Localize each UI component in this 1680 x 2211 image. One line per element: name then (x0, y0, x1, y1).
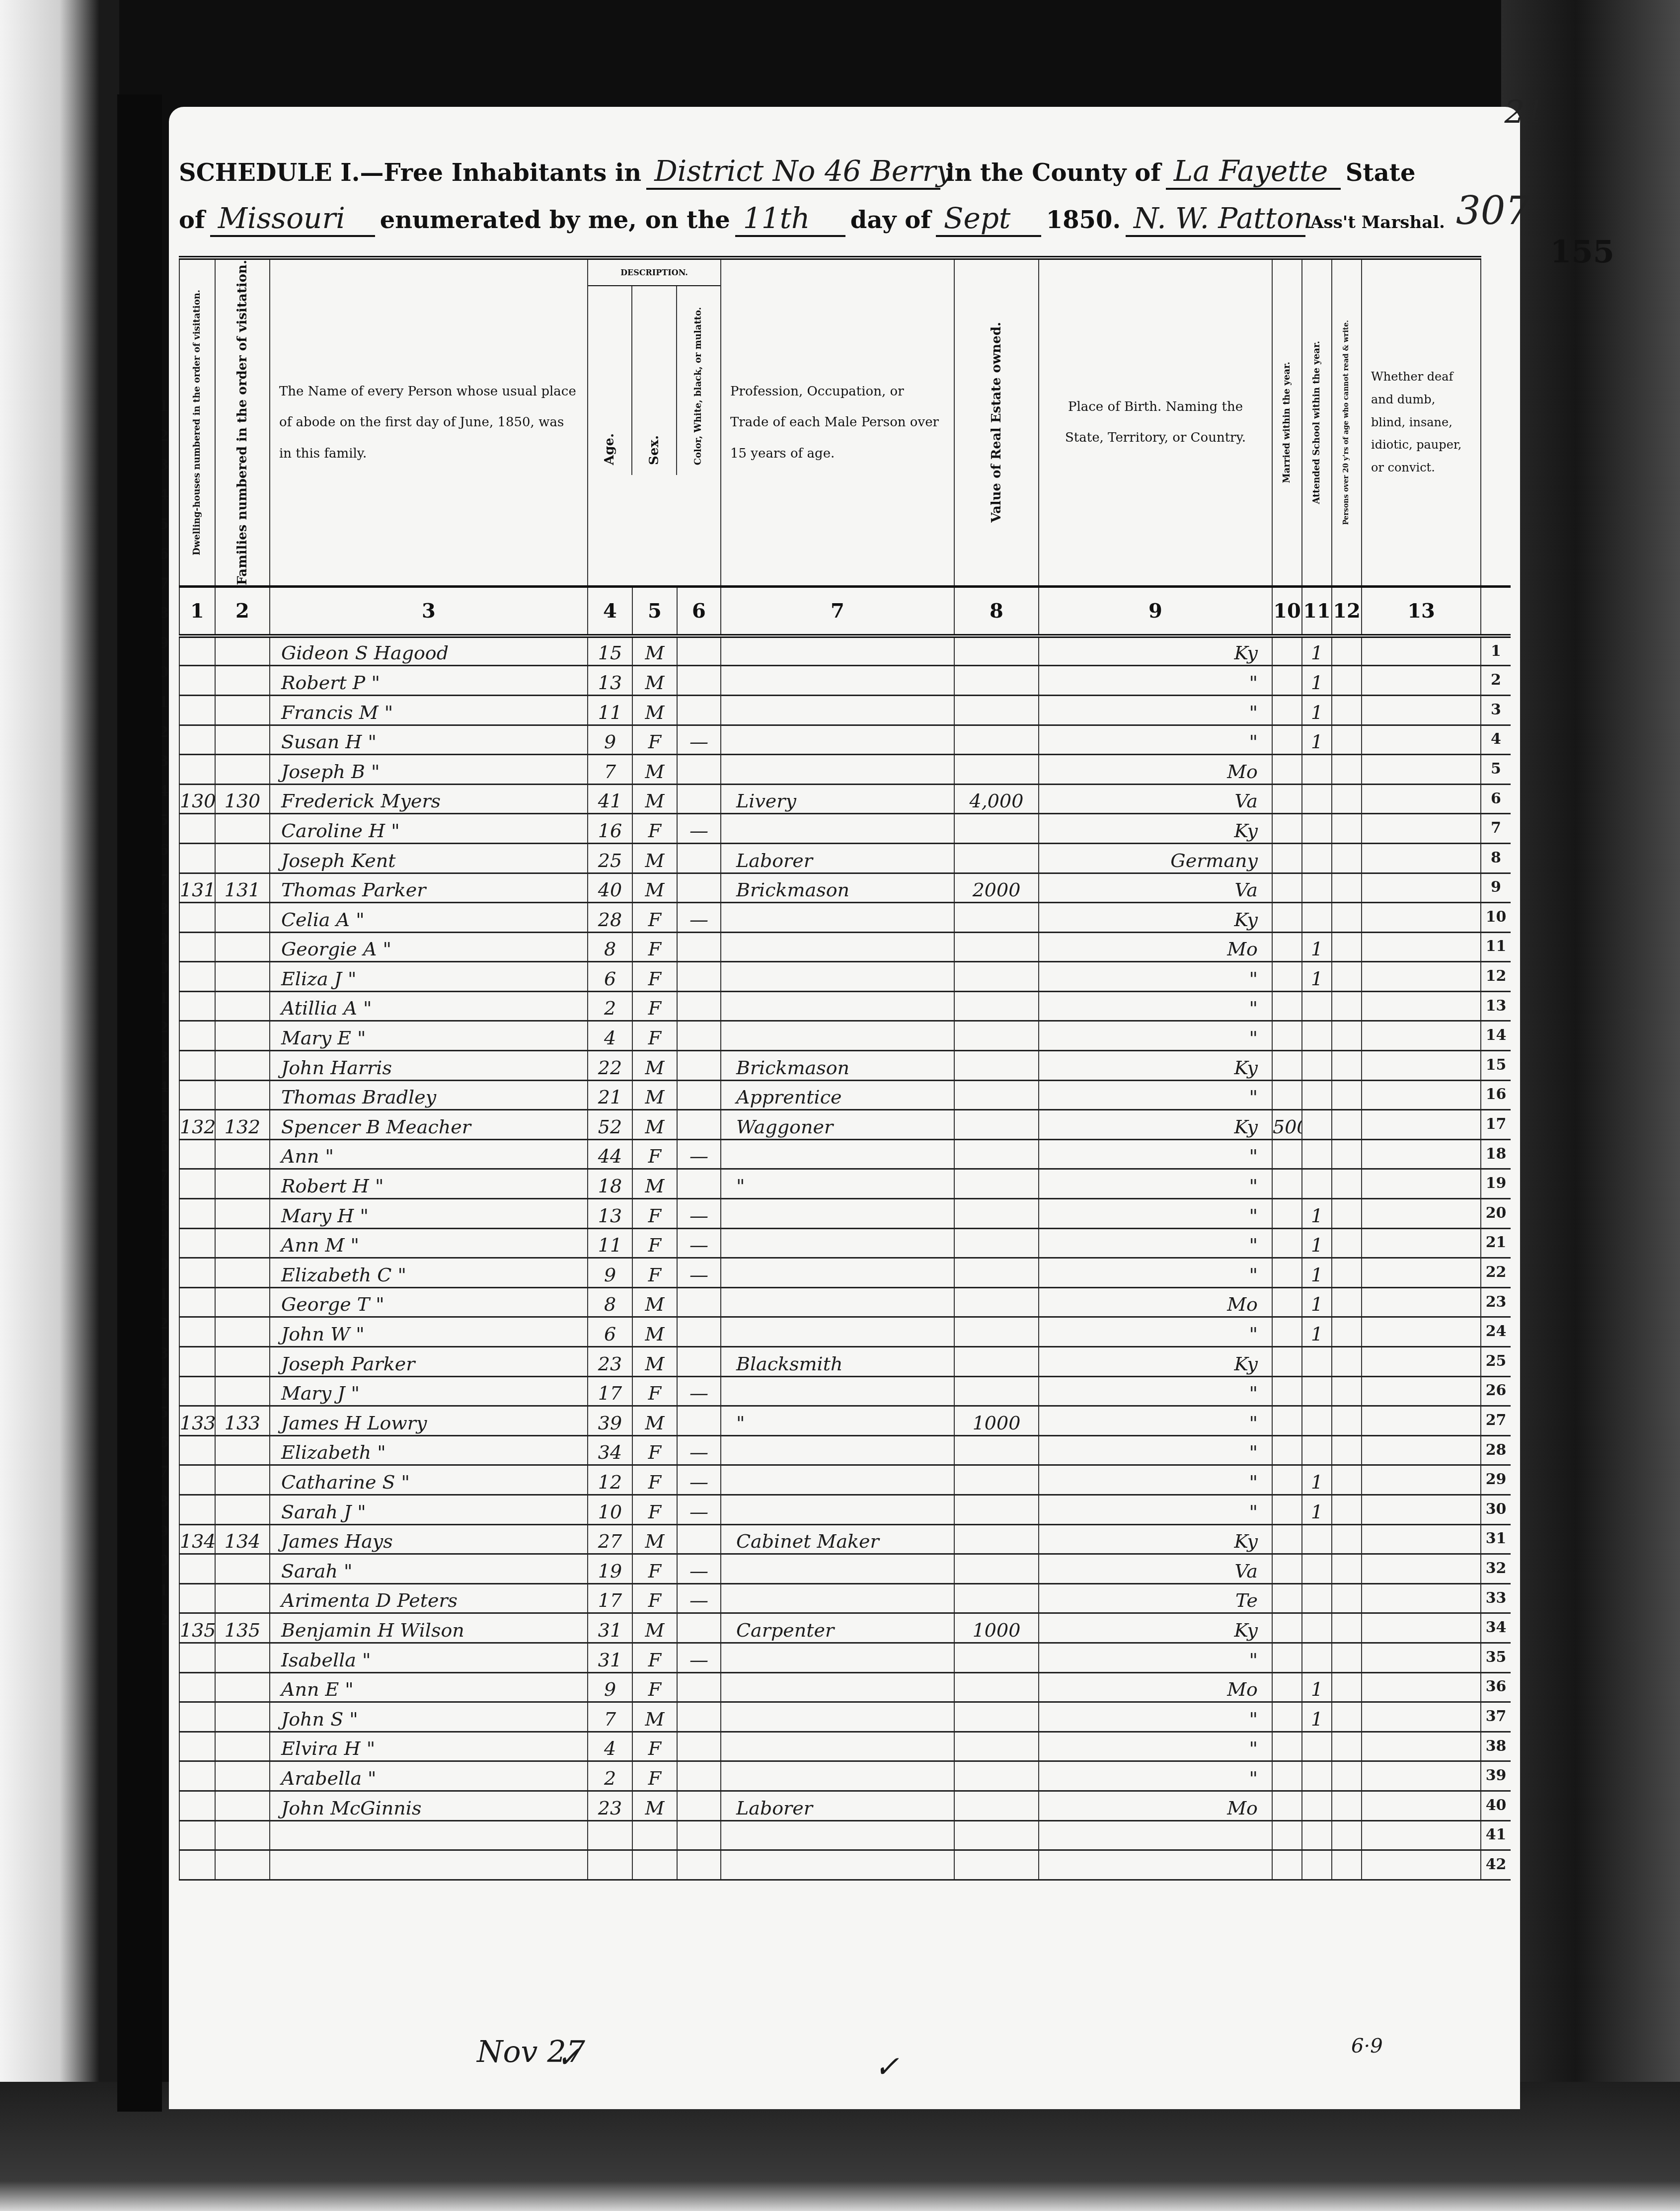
person-name: Gideon S Hagood (270, 636, 588, 666)
sex (632, 1820, 677, 1850)
dwelling-number (179, 932, 215, 962)
line-number: 22 (1481, 1258, 1511, 1288)
colnum-11: 11 (1302, 586, 1332, 636)
sex: F (632, 1554, 677, 1584)
age: 8 (588, 1287, 632, 1317)
real-estate-value (954, 814, 1039, 844)
remarks (1362, 1643, 1481, 1672)
header-married: Married within the year. (1272, 258, 1302, 586)
dwelling-number (179, 1702, 215, 1732)
remarks (1362, 1613, 1481, 1643)
sex (632, 1850, 677, 1880)
line-number: 32 (1481, 1554, 1511, 1584)
dwelling-number (179, 725, 215, 755)
occupation (721, 1139, 954, 1169)
color: — (677, 1465, 721, 1495)
table-row: Ann "44F—"18 (179, 1139, 1511, 1169)
attended-school (1302, 1376, 1332, 1406)
line-number: 25 (1481, 1347, 1511, 1377)
occupation (721, 1021, 954, 1051)
colnum-1: 1 (179, 586, 215, 636)
table-row: Robert H "18M""19 (179, 1169, 1511, 1199)
age: 28 (588, 903, 632, 933)
footer-annotations: Nov 27 ✓ ✓ 6·9 (467, 2035, 1510, 2109)
occupation: " (721, 1406, 954, 1436)
attended-school: 1 (1302, 1287, 1332, 1317)
age: 4 (588, 1021, 632, 1051)
family-number (215, 932, 270, 962)
married-within-year (1272, 991, 1302, 1021)
cannot-read-write (1332, 1791, 1362, 1820)
line-number: 39 (1481, 1761, 1511, 1791)
sex: F (632, 814, 677, 844)
married-within-year (1272, 1406, 1302, 1436)
person-name: Celia A " (270, 903, 588, 933)
attended-school (1302, 1169, 1332, 1199)
sex: F (632, 1228, 677, 1258)
table-row: 131131Thomas Parker40MBrickmason2000Va9 (179, 873, 1511, 903)
family-number: 134 (215, 1524, 270, 1554)
family-number (215, 1021, 270, 1051)
person-name: James Hays (270, 1524, 588, 1554)
sex: F (632, 1643, 677, 1672)
age: 23 (588, 1791, 632, 1820)
header-remarks: Whether deaf and dumb, blind, insane, id… (1362, 258, 1481, 586)
age: 17 (588, 1376, 632, 1406)
married-within-year (1272, 1495, 1302, 1524)
occupation (721, 1228, 954, 1258)
line-number: 6 (1481, 784, 1511, 814)
colnum-4: 4 (588, 586, 632, 636)
color (677, 1169, 721, 1199)
dwelling-number (179, 1021, 215, 1051)
header-age: Age. (603, 433, 617, 465)
real-estate-value (954, 1287, 1039, 1317)
line-number: 16 (1481, 1080, 1511, 1110)
family-number (215, 843, 270, 873)
birthplace: " (1039, 1495, 1272, 1524)
table-row: Ann E "9FMo136 (179, 1672, 1511, 1702)
sex: M (632, 1347, 677, 1377)
occupation (721, 903, 954, 933)
person-name: Catharine S " (270, 1465, 588, 1495)
remarks (1362, 843, 1481, 873)
attended-school: 1 (1302, 962, 1332, 992)
color (677, 843, 721, 873)
scan-margin-left (0, 0, 119, 2211)
birthplace: Mo (1039, 1791, 1272, 1820)
married-within-year (1272, 1228, 1302, 1258)
header-illiterate: Persons over 20 y'rs of age who cannot r… (1332, 258, 1362, 586)
real-estate-value (954, 1761, 1039, 1791)
age: 12 (588, 1465, 632, 1495)
remarks (1362, 1791, 1481, 1820)
dwelling-number (179, 814, 215, 844)
colnum-9: 9 (1039, 586, 1272, 636)
description-group-label: DESCRIPTION. (588, 260, 720, 286)
stamped-page-number: 155 (1550, 234, 1614, 270)
remarks (1362, 903, 1481, 933)
occupation: Apprentice (721, 1080, 954, 1110)
person-name: Joseph Kent (270, 843, 588, 873)
table-row: Georgie A "8FMo111 (179, 932, 1511, 962)
dwelling-number (179, 903, 215, 933)
dwelling-number (179, 1347, 215, 1377)
dwelling-number (179, 695, 215, 725)
column-numbers: 1 2 3 4 5 6 7 8 9 10 11 12 13 (179, 586, 1511, 636)
colnum-6: 6 (677, 586, 721, 636)
cannot-read-write (1332, 1317, 1362, 1347)
person-name: Mary J " (270, 1376, 588, 1406)
married-within-year (1272, 843, 1302, 873)
married-within-year (1272, 636, 1302, 666)
family-number (215, 1643, 270, 1672)
line-number: 33 (1481, 1583, 1511, 1613)
cannot-read-write (1332, 1347, 1362, 1377)
birthplace: " (1039, 1021, 1272, 1051)
dwelling-number (179, 1080, 215, 1110)
real-estate-value (954, 636, 1039, 666)
dwelling-number (179, 1376, 215, 1406)
sex: F (632, 991, 677, 1021)
occupation (721, 1287, 954, 1317)
line-number: 20 (1481, 1199, 1511, 1229)
occupation (721, 1495, 954, 1524)
birthplace: " (1039, 1199, 1272, 1229)
birthplace: Ky (1039, 1524, 1272, 1554)
married-within-year (1272, 1139, 1302, 1169)
sex: F (632, 1672, 677, 1702)
person-name: Robert P " (270, 666, 588, 696)
table-row: Joseph Kent25MLaborerGermany8 (179, 843, 1511, 873)
sex: M (632, 843, 677, 873)
birthplace: " (1039, 1228, 1272, 1258)
family-number (215, 1228, 270, 1258)
remarks (1362, 1435, 1481, 1465)
age: 11 (588, 1228, 632, 1258)
line-number: 19 (1481, 1169, 1511, 1199)
occupation (721, 1465, 954, 1495)
birthplace: " (1039, 1435, 1272, 1465)
attended-school: 1 (1302, 1199, 1332, 1229)
line-number: 11 (1481, 932, 1511, 962)
married-within-year (1272, 1761, 1302, 1791)
attended-school (1302, 814, 1332, 844)
dwelling-number (179, 1495, 215, 1524)
age: 52 (588, 1110, 632, 1140)
line-number: 41 (1481, 1820, 1511, 1850)
age: 34 (588, 1435, 632, 1465)
age: 31 (588, 1643, 632, 1672)
table-row: Eliza J "6F"112 (179, 962, 1511, 992)
attended-school: 1 (1302, 1495, 1332, 1524)
state-label: State (1346, 159, 1416, 187)
color (677, 1021, 721, 1051)
table-row: George T "8MMo123 (179, 1287, 1511, 1317)
married-within-year (1272, 1347, 1302, 1377)
sex: F (632, 1761, 677, 1791)
census-rows: Gideon S Hagood15MKy11Robert P "13M"12Fr… (179, 636, 1511, 1880)
real-estate-value (954, 1139, 1039, 1169)
age: 7 (588, 1702, 632, 1732)
person-name: Thomas Parker (270, 873, 588, 903)
sex: M (632, 1524, 677, 1554)
color (677, 666, 721, 696)
family-number (215, 725, 270, 755)
table-row: John W "6M"124 (179, 1317, 1511, 1347)
remarks (1362, 1850, 1481, 1880)
birthplace (1039, 1850, 1272, 1880)
married-within-year (1272, 1613, 1302, 1643)
cannot-read-write (1332, 1199, 1362, 1229)
age: 13 (588, 666, 632, 696)
real-estate-value (954, 1347, 1039, 1377)
person-name: Francis M " (270, 695, 588, 725)
age: 13 (588, 1199, 632, 1229)
dwelling-number: 133 (179, 1406, 215, 1436)
line-number: 38 (1481, 1732, 1511, 1761)
schedule-title-line-2: ofMissourienumerated by me, on the11thda… (174, 201, 1515, 241)
sex: F (632, 932, 677, 962)
age: 25 (588, 843, 632, 873)
color (677, 1347, 721, 1377)
occupation: Blacksmith (721, 1347, 954, 1377)
family-number (215, 991, 270, 1021)
real-estate-value (954, 1495, 1039, 1524)
header-sex: Sex. (647, 435, 662, 465)
remarks (1362, 1702, 1481, 1732)
real-estate-value: 1000 (954, 1406, 1039, 1436)
line-number: 4 (1481, 725, 1511, 755)
occupation (721, 1643, 954, 1672)
dwelling-number (179, 1287, 215, 1317)
married-within-year (1272, 1702, 1302, 1732)
remarks (1362, 1554, 1481, 1584)
married-within-year (1272, 1287, 1302, 1317)
married-within-year (1272, 755, 1302, 785)
married-within-year (1272, 1465, 1302, 1495)
real-estate-value (954, 695, 1039, 725)
cannot-read-write (1332, 1554, 1362, 1584)
dwelling-number (179, 1435, 215, 1465)
cannot-read-write (1332, 1524, 1362, 1554)
line-number: 23 (1481, 1287, 1511, 1317)
person-name: Susan H " (270, 725, 588, 755)
family-number (215, 1199, 270, 1229)
color (677, 784, 721, 814)
cannot-read-write (1332, 991, 1362, 1021)
table-row: Catharine S "12F—"129 (179, 1465, 1511, 1495)
dwelling-number (179, 1051, 215, 1081)
table-row: Joseph Parker23MBlacksmithKy25 (179, 1347, 1511, 1377)
occupation (721, 1376, 954, 1406)
table-row: Caroline H "16F—Ky7 (179, 814, 1511, 844)
family-number (215, 1732, 270, 1761)
real-estate-value (954, 903, 1039, 933)
age: 17 (588, 1583, 632, 1613)
person-name: John W " (270, 1317, 588, 1347)
sex: M (632, 1287, 677, 1317)
birthplace: " (1039, 666, 1272, 696)
cannot-read-write (1332, 814, 1362, 844)
birthplace: " (1039, 1376, 1272, 1406)
occupation (721, 755, 954, 785)
birthplace: " (1039, 962, 1272, 992)
real-estate-value (954, 932, 1039, 962)
attended-school (1302, 1080, 1332, 1110)
table-row: Joseph B "7MMo5 (179, 755, 1511, 785)
birthplace: Te (1039, 1583, 1272, 1613)
real-estate-value: 1000 (954, 1613, 1039, 1643)
married-within-year (1272, 1435, 1302, 1465)
sex: F (632, 1495, 677, 1524)
remarks (1362, 636, 1481, 666)
birthplace: " (1039, 1465, 1272, 1495)
age: 2 (588, 991, 632, 1021)
remarks (1362, 962, 1481, 992)
color (677, 1287, 721, 1317)
family-number (215, 1376, 270, 1406)
remarks (1362, 1524, 1481, 1554)
occupation: Livery (721, 784, 954, 814)
day-field: 11th (735, 201, 845, 237)
birthplace: Mo (1039, 1672, 1272, 1702)
person-name (270, 1850, 588, 1880)
colnum-2: 2 (215, 586, 270, 636)
age: 40 (588, 873, 632, 903)
colnum-5: 5 (632, 586, 677, 636)
occupation (721, 1435, 954, 1465)
occupation (721, 725, 954, 755)
family-number (215, 962, 270, 992)
header-dwelling: Dwelling-houses numbered in the order of… (179, 258, 215, 586)
line-number: 26 (1481, 1376, 1511, 1406)
table-row: Mary J "17F—"26 (179, 1376, 1511, 1406)
real-estate-value (954, 1169, 1039, 1199)
table-row: Ann M "11F—"121 (179, 1228, 1511, 1258)
person-name: Atillia A " (270, 991, 588, 1021)
person-name: Ann M " (270, 1228, 588, 1258)
real-estate-value (954, 1702, 1039, 1732)
age: 41 (588, 784, 632, 814)
attended-school: 1 (1302, 1465, 1332, 1495)
color: — (677, 1643, 721, 1672)
family-number: 130 (215, 784, 270, 814)
attended-school: 1 (1302, 636, 1332, 666)
married-within-year (1272, 1554, 1302, 1584)
attended-school (1302, 991, 1332, 1021)
birthplace: Va (1039, 873, 1272, 903)
header-description: DESCRIPTION. Age. Sex. Color, White, bla… (588, 258, 721, 586)
dwelling-number (179, 666, 215, 696)
table-row: Mary E "4F"14 (179, 1021, 1511, 1051)
cannot-read-write (1332, 962, 1362, 992)
age: 16 (588, 814, 632, 844)
cannot-read-write (1332, 1406, 1362, 1436)
married-within-year (1272, 1820, 1302, 1850)
color (677, 1110, 721, 1140)
remarks (1362, 1139, 1481, 1169)
check-mark-icon: ✓ (556, 2040, 581, 2074)
occupation (721, 1820, 954, 1850)
attended-school (1302, 1613, 1332, 1643)
color (677, 962, 721, 992)
birthplace: Ky (1039, 636, 1272, 666)
line-number: 37 (1481, 1702, 1511, 1732)
family-number (215, 1820, 270, 1850)
column-headers: Dwelling-houses numbered in the order of… (179, 258, 1511, 586)
family-number (215, 636, 270, 666)
sex: F (632, 1376, 677, 1406)
family-number (215, 1702, 270, 1732)
header-real-estate: Value of Real Estate owned. (954, 258, 1039, 586)
family-number (215, 1435, 270, 1465)
attended-school: 1 (1302, 932, 1332, 962)
attended-school (1302, 843, 1332, 873)
line-number: 36 (1481, 1672, 1511, 1702)
cannot-read-write (1332, 1820, 1362, 1850)
family-number (215, 1672, 270, 1702)
birthplace: Va (1039, 784, 1272, 814)
married-within-year (1272, 666, 1302, 696)
header-name: The Name of every Person whose usual pla… (270, 258, 588, 586)
birthplace: " (1039, 695, 1272, 725)
remarks (1362, 1406, 1481, 1436)
dwelling-number (179, 1139, 215, 1169)
occupation (721, 666, 954, 696)
cannot-read-write (1332, 903, 1362, 933)
color (677, 1613, 721, 1643)
married-within-year (1272, 784, 1302, 814)
person-name: Isabella " (270, 1643, 588, 1672)
line-number: 8 (1481, 843, 1511, 873)
real-estate-value (954, 1110, 1039, 1140)
color (677, 1672, 721, 1702)
dwelling-number (179, 1465, 215, 1495)
remarks (1362, 1347, 1481, 1377)
sex: F (632, 1199, 677, 1229)
dwelling-number: 130 (179, 784, 215, 814)
age: 2 (588, 1761, 632, 1791)
remarks (1362, 1732, 1481, 1761)
real-estate-value (954, 1672, 1039, 1702)
header-occupation: Profession, Occupation, or Trade of each… (721, 258, 954, 586)
color: — (677, 1228, 721, 1258)
person-name: Elvira H " (270, 1732, 588, 1761)
attended-school (1302, 1850, 1332, 1880)
remarks (1362, 932, 1481, 962)
header-birthplace: Place of Birth. Naming the State, Territ… (1039, 258, 1272, 586)
married-within-year (1272, 1524, 1302, 1554)
occupation (721, 1732, 954, 1761)
line-number: 27 (1481, 1406, 1511, 1436)
person-name: Ann " (270, 1139, 588, 1169)
age (588, 1850, 632, 1880)
attended-school (1302, 873, 1332, 903)
age: 44 (588, 1139, 632, 1169)
color (677, 1850, 721, 1880)
person-name: Spencer B Meacher (270, 1110, 588, 1140)
cannot-read-write (1332, 1643, 1362, 1672)
cannot-read-write (1332, 1702, 1362, 1732)
dwelling-number (179, 1317, 215, 1347)
table-row: Francis M "11M"13 (179, 695, 1511, 725)
enumerated-label: enumerated by me, on the (380, 206, 730, 234)
family-number (215, 1554, 270, 1584)
attended-school: 1 (1302, 1702, 1332, 1732)
scan-margin-right (1501, 0, 1680, 2211)
married-within-year (1272, 1643, 1302, 1672)
